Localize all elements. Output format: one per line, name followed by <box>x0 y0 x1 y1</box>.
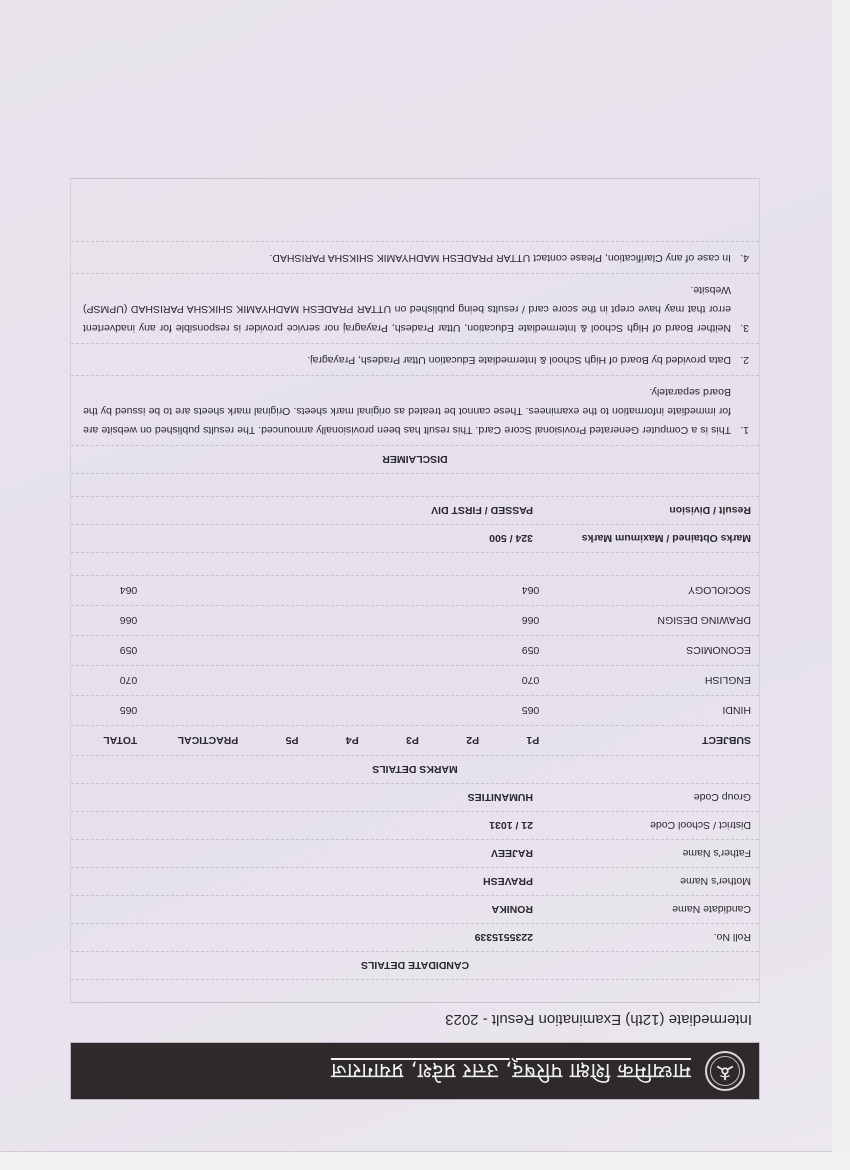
table-row: ENGLISH070070 <box>71 665 759 695</box>
item-number: 2. <box>731 350 749 369</box>
disclaimer-item: 1.This is a Computer Generated Provision… <box>71 375 759 445</box>
mark-cell: 070 <box>79 675 137 687</box>
column-header: P2 <box>419 735 479 747</box>
marks-summary-value: 324 / 500 <box>489 533 533 545</box>
subject-name: ENGLISH <box>539 675 751 687</box>
subject-name: ECONOMICS <box>539 645 751 657</box>
mark-cell: 065 <box>479 705 539 717</box>
scanner-edge <box>0 1151 850 1170</box>
table-row: SOCIOLOGY064064 <box>71 575 759 605</box>
mark-cell: 064 <box>79 585 137 597</box>
disclaimer-item: 2.Data provided by Board of High School … <box>71 343 759 375</box>
item-text: In case of any Clarification, Please con… <box>269 248 731 267</box>
field-label: Mother's Name <box>533 876 751 888</box>
board-name: माध्यमिक शिक्षा परिषद्, उत्तर प्रदेश, प्… <box>331 1057 691 1085</box>
field-label: Father's Name <box>533 848 751 860</box>
candidate-field-row: Father's NameRAJEEV <box>71 839 759 867</box>
scanned-result-sheet: माध्यमिक शिक्षा परिषद्, उत्तर प्रदेश, प्… <box>0 0 850 1170</box>
candidate-field-row: Group CodeHUMANITIES <box>71 783 759 811</box>
disclaimer-list: 1.This is a Computer Generated Provision… <box>71 241 759 445</box>
mark-cell: 064 <box>479 585 539 597</box>
column-header: PRACTICAL <box>137 735 238 747</box>
mark-cell: 066 <box>79 615 137 627</box>
mark-cell: 059 <box>479 645 539 657</box>
result-division-label: Result / Division <box>533 505 751 517</box>
column-header: P4 <box>298 735 358 747</box>
item-number: 1. <box>731 382 749 439</box>
item-text: This is a Computer Generated Provisional… <box>83 382 731 439</box>
marks-summary-label: Marks Obtained / Maximum Marks <box>533 533 751 545</box>
result-division-value: PASSED / FIRST DIV <box>431 505 533 517</box>
candidate-field-row: Mother's NamePRAVESH <box>71 867 759 895</box>
candidate-field-row: Roll No.2235515339 <box>71 923 759 951</box>
result-title: Intermediate (12th) Examination Result -… <box>70 1003 760 1042</box>
candidate-field-row: District / School Code21 / 1031 <box>71 811 759 839</box>
column-header: SUBJECT <box>539 735 751 747</box>
item-number: 3. <box>731 280 749 337</box>
field-value: 2235515339 <box>475 932 533 944</box>
table-row: ECONOMICS059059 <box>71 635 759 665</box>
column-header: P3 <box>359 735 419 747</box>
field-label: District / School Code <box>533 820 751 832</box>
disclaimer-item: 3.Neither Board of High School & Interme… <box>71 273 759 343</box>
item-text: Data provided by Board of High School & … <box>307 350 731 369</box>
field-value: RAJEEV <box>491 848 533 860</box>
marks-summary-row: Marks Obtained / Maximum Marks 324 / 500 <box>71 524 759 552</box>
field-label: Roll No. <box>533 932 751 944</box>
mark-cell: 059 <box>79 645 137 657</box>
table-row: DRAWING DESIGN066066 <box>71 605 759 635</box>
field-value: 21 / 1031 <box>489 820 533 832</box>
candidate-details: Roll No.2235515339Candidate NameRONIKAMo… <box>71 783 759 951</box>
field-label: Candidate Name <box>533 904 751 916</box>
column-header: TOTAL <box>79 735 137 747</box>
item-number: 4. <box>731 248 749 267</box>
mark-cell: 066 <box>479 615 539 627</box>
candidate-details-heading: CANDIDATE DETAILS <box>71 951 759 979</box>
mark-cell: 070 <box>479 675 539 687</box>
candidate-field-row: Candidate NameRONIKA <box>71 895 759 923</box>
field-value: RONIKA <box>492 904 533 916</box>
result-division-row: Result / Division PASSED / FIRST DIV <box>71 496 759 524</box>
board-emblem-icon <box>705 1051 745 1091</box>
board-header-banner: माध्यमिक शिक्षा परिषद्, उत्तर प्रदेश, प्… <box>70 1042 760 1100</box>
result-document: माध्यमिक शिक्षा परिषद्, उत्तर प्रदेश, प्… <box>70 178 760 1100</box>
field-value: PRAVESH <box>483 876 533 888</box>
marks-table-body: HINDI065065ENGLISH070070ECONOMICS059059D… <box>71 575 759 725</box>
table-row: HINDI065065 <box>71 695 759 725</box>
result-table: CANDIDATE DETAILS Roll No.2235515339Cand… <box>70 178 760 1003</box>
marks-table-header: SUBJECTP1P2P3P4P5PRACTICALTOTAL <box>71 725 759 755</box>
subject-name: SOCIOLOGY <box>539 585 751 597</box>
field-value: HUMANITIES <box>468 792 533 804</box>
mark-cell: 065 <box>79 705 137 717</box>
column-header: P5 <box>238 735 298 747</box>
subject-name: DRAWING DESIGN <box>539 615 751 627</box>
item-text: Neither Board of High School & Intermedi… <box>83 280 731 337</box>
disclaimer-item: 4.In case of any Clarification, Please c… <box>71 241 759 273</box>
paper-margin <box>832 0 850 1152</box>
column-header: P1 <box>479 735 539 747</box>
subject-name: HINDI <box>539 705 751 717</box>
field-label: Group Code <box>533 792 751 804</box>
marks-details-heading: MARKS DETAILS <box>71 755 759 783</box>
disclaimer-heading: DISCLAIMER <box>71 445 759 473</box>
